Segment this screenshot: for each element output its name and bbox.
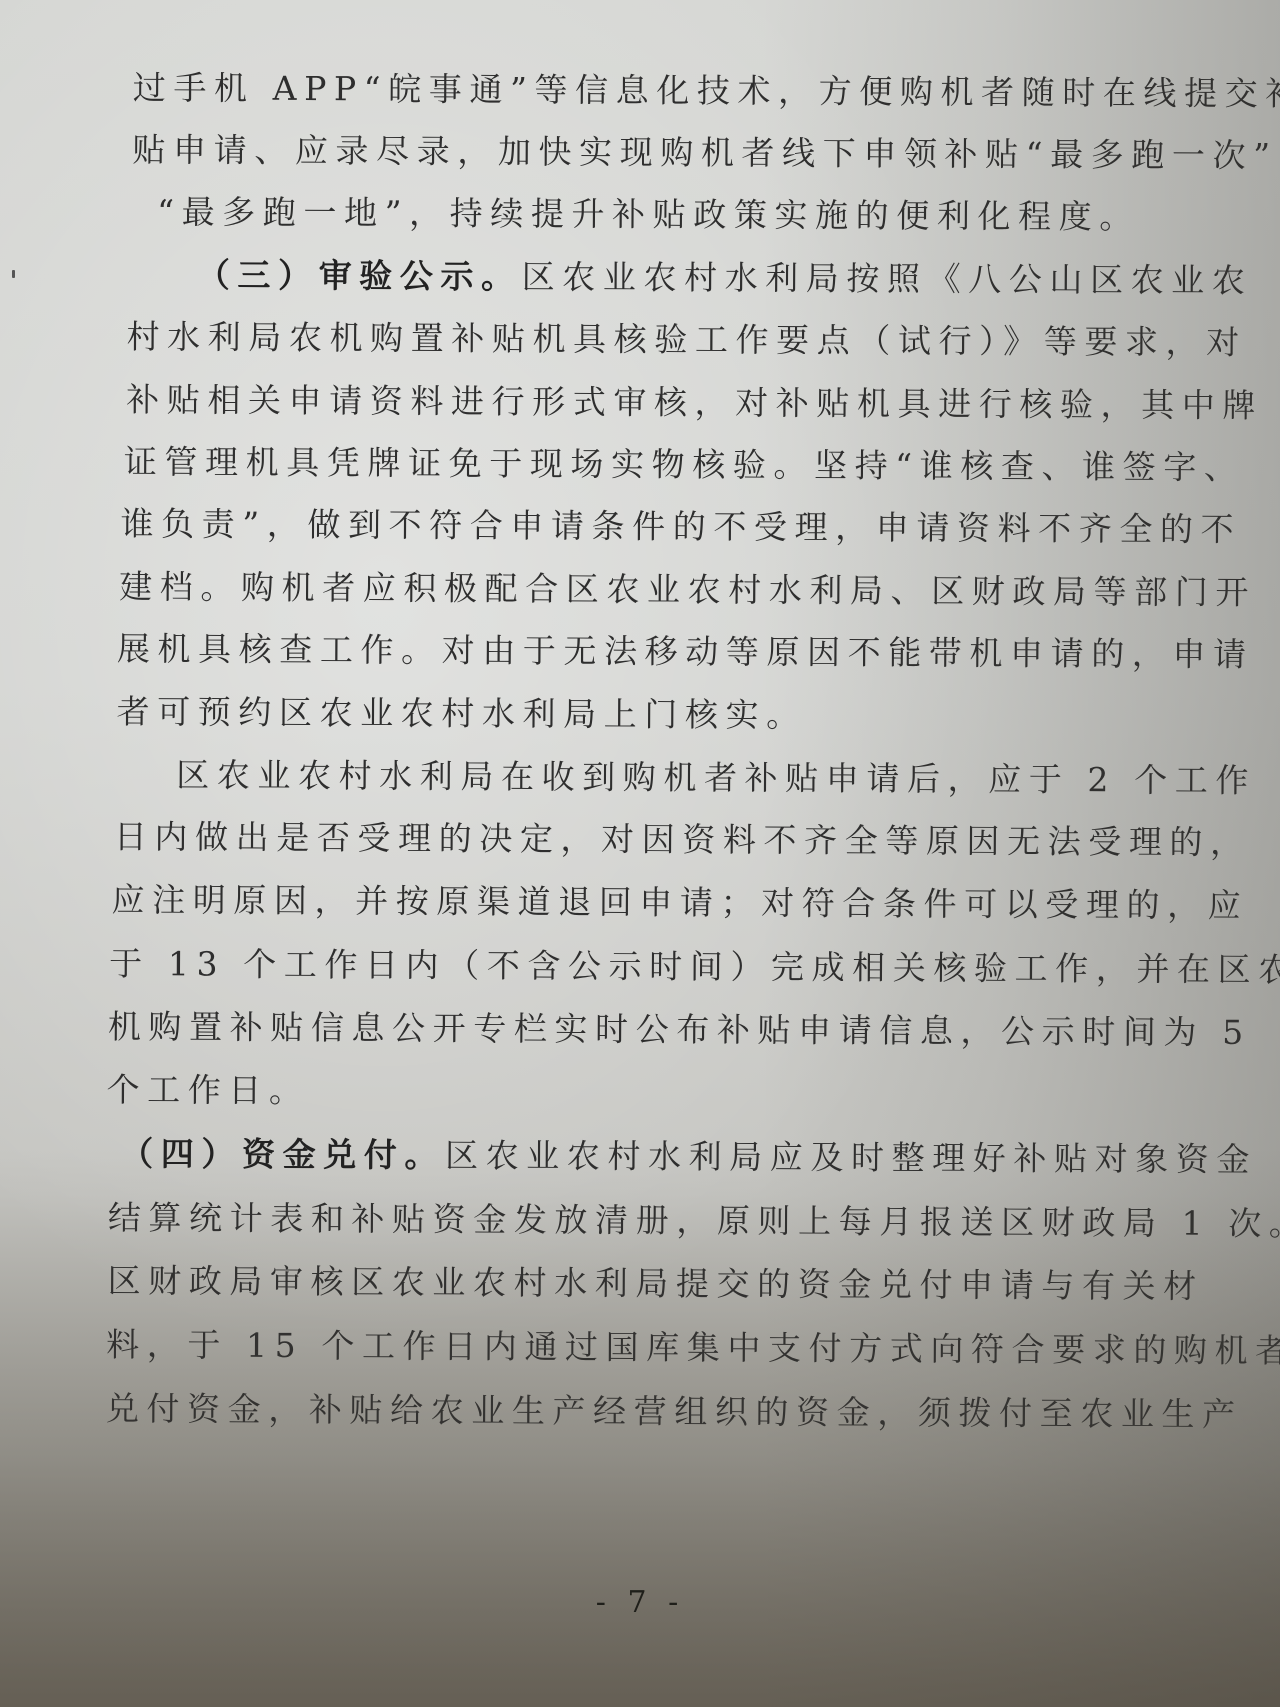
text-line: 料，于 15 个工作日内通过国库集中支付方式向符合要求的购机者 xyxy=(106,1325,1280,1371)
line-text: 区农业农村水利局在收到购机者补贴申请后，应于 2 个工作 xyxy=(176,755,1256,800)
line-text: 贴申请、应录尽录，加快实现购机者线下申领补贴“最多跑一次” xyxy=(132,130,1277,175)
line-text: 应注明原因，并按原渠道退回申请；对符合条件可以受理的，应 xyxy=(111,880,1248,925)
text-line: 机购置补贴信息公开专栏实时公布补贴申请信息，公示时间为 5 xyxy=(108,1007,1251,1053)
text-line: 兑付资金，补贴给农业生产经营组织的资金，须拨付至农业生产 xyxy=(106,1389,1243,1435)
line-text: 过手机 APP“皖事通”等信息化技术，方便购机者随时在线提交补 xyxy=(133,68,1280,113)
text-line: 应注明原因，并按原渠道退回申请；对符合条件可以受理的，应 xyxy=(111,880,1248,926)
line-text: 展机具核查工作。对由于无法移动等原因不能带机申请的，申请 xyxy=(117,629,1254,674)
line-text: 村水利局农机购置补贴机具核验工作要点（试行）》等要求，对 xyxy=(126,317,1247,362)
section-heading-line: （三）审验公示。区农业农村水利局按照《八公山区农业农 xyxy=(197,255,1253,301)
section-heading-3: （三）审验公示。 xyxy=(197,255,522,296)
line-text: 证管理机具凭牌证免于现场实物核验。坚持“谁核查、谁签字、 xyxy=(124,442,1245,487)
line-text: 区财政局审核区农业农村水利局提交的资金兑付申请与有关材 xyxy=(107,1261,1203,1306)
page-number: - 7 - xyxy=(0,1585,1280,1620)
text-line: 贴申请、应录尽录，加快实现购机者线下申领补贴“最多跑一次” xyxy=(132,130,1277,176)
text-line: 日内做出是否受理的决定，对因资料不齐全等原因无法受理的， xyxy=(114,817,1251,863)
line-text: 建档。购机者应积极配合区农业农村水利局、区财政局等部门开 xyxy=(119,567,1256,612)
text-line: 于 13 个工作日内（不含公示时间）完成相关核验工作，并在区农 xyxy=(109,944,1280,990)
line-text: 区农业农村水利局应及时整理好补贴对象资金 xyxy=(445,1136,1257,1179)
text-line: 建档。购机者应积极配合区农业农村水利局、区财政局等部门开 xyxy=(119,567,1256,613)
text-line: 谁负责”，做到不符合申请条件的不受理，申请资料不齐全的不 xyxy=(120,504,1241,550)
text-line: 区财政局审核区农业农村水利局提交的资金兑付申请与有关材 xyxy=(107,1261,1203,1307)
line-text: 区农业农村水利局按照《八公山区农业农 xyxy=(522,257,1253,300)
text-line: 个工作日。 xyxy=(106,1070,309,1111)
paper-speck xyxy=(12,270,15,278)
line-text: “最多跑一地”，持续提升补贴政策实施的便利化程度。 xyxy=(157,192,1140,236)
text-line: “最多跑一地”，持续提升补贴政策实施的便利化程度。 xyxy=(157,192,1140,237)
text-line: 村水利局农机购置补贴机具核验工作要点（试行）》等要求，对 xyxy=(126,317,1247,363)
line-text: 谁负责”，做到不符合申请条件的不受理，申请资料不齐全的不 xyxy=(120,504,1241,549)
line-text: 者可预约区农业农村水利局上门核实。 xyxy=(116,692,806,735)
text-line: 展机具核查工作。对由于无法移动等原因不能带机申请的，申请 xyxy=(117,629,1254,675)
text-line: 者可预约区农业农村水利局上门核实。 xyxy=(116,692,806,736)
document-page: 过手机 APP“皖事通”等信息化技术，方便购机者随时在线提交补 贴申请、应录尽录… xyxy=(118,52,1178,58)
line-text: 机购置补贴信息公开专栏实时公布补贴申请信息，公示时间为 5 xyxy=(108,1007,1251,1052)
text-line: 区农业农村水利局在收到购机者补贴申请后，应于 2 个工作 xyxy=(176,755,1256,801)
line-text: 个工作日。 xyxy=(106,1070,309,1110)
line-text: 日内做出是否受理的决定，对因资料不齐全等原因无法受理的， xyxy=(114,817,1251,862)
line-text: 料，于 15 个工作日内通过国库集中支付方式向符合要求的购机者 xyxy=(106,1325,1280,1370)
text-line: 补贴相关申请资料进行形式审核，对补贴机具进行核验，其中牌 xyxy=(126,380,1263,426)
line-text: 兑付资金，补贴给农业生产经营组织的资金，须拨付至农业生产 xyxy=(106,1389,1243,1434)
text-line: 过手机 APP“皖事通”等信息化技术，方便购机者随时在线提交补 xyxy=(133,68,1280,114)
text-line: 证管理机具凭牌证免于现场实物核验。坚持“谁核查、谁签字、 xyxy=(124,442,1245,488)
document-photo: 过手机 APP“皖事通”等信息化技术，方便购机者随时在线提交补 贴申请、应录尽录… xyxy=(0,0,1280,1707)
line-text: 补贴相关申请资料进行形式审核，对补贴机具进行核验，其中牌 xyxy=(126,380,1263,425)
section-heading-line: （四）资金兑付。区农业农村水利局应及时整理好补贴对象资金 xyxy=(120,1134,1257,1180)
text-line: 结算统计表和补贴资金发放清册，原则上每月报送区财政局 1 次。 xyxy=(108,1198,1280,1244)
section-heading-4: （四）资金兑付。 xyxy=(120,1134,445,1175)
line-text: 于 13 个工作日内（不含公示时间）完成相关核验工作，并在区农 xyxy=(109,944,1280,989)
line-text: 结算统计表和补贴资金发放清册，原则上每月报送区财政局 1 次。 xyxy=(108,1198,1280,1243)
